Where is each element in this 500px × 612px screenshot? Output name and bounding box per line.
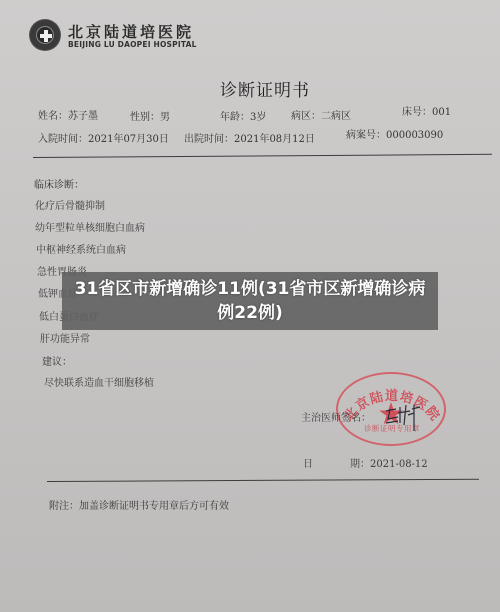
date-label-left: 日 xyxy=(303,455,313,470)
patient-age-field: 年龄：3岁 xyxy=(220,108,266,123)
gender-label: 性别： xyxy=(130,112,160,123)
hospital-name-en: BEIJING LU DAOPEI HOSPITAL xyxy=(68,40,197,49)
record-number-field: 病案号：000003090 xyxy=(346,126,443,141)
diagnosis-item: 肝功能异常 xyxy=(40,330,90,345)
bed-label: 床号： xyxy=(402,107,432,118)
record-value: 000003090 xyxy=(386,130,443,141)
admission-value: 2021年07月30日 xyxy=(88,134,169,145)
caption-overlay: 31省区市新增确诊11例(31省市区新增确诊病例22例) xyxy=(62,272,438,330)
caption-text: 31省区市新增确诊11例(31省市区新增确诊病例22例) xyxy=(62,277,438,325)
ward-value: 二病区 xyxy=(321,111,351,122)
divider-top xyxy=(33,154,492,158)
patient-gender-field: 性别：男 xyxy=(130,108,170,123)
advice-text: 尽快联系造血干细胞移植 xyxy=(44,374,154,389)
patient-name-field: 姓名：苏子墨 xyxy=(38,107,98,122)
record-label: 病案号： xyxy=(346,130,386,141)
doctor-signature xyxy=(384,401,424,437)
discharge-label: 出院时间： xyxy=(184,134,234,145)
date-label: 期： xyxy=(350,459,370,470)
ward-label: 病区： xyxy=(291,111,321,122)
diagnosis-item: 化疗后骨髓抑制 xyxy=(35,197,105,212)
doctor-sign-label: 主治医师签名： xyxy=(301,409,371,424)
name-label: 姓名： xyxy=(38,111,68,122)
admission-label: 入院时间： xyxy=(38,134,88,145)
discharge-value: 2021年08月12日 xyxy=(234,134,315,145)
diagnosis-item: 中枢神经系统白血病 xyxy=(36,241,126,256)
age-label: 年龄： xyxy=(220,112,250,123)
diagnosis-label: 临床诊断： xyxy=(34,176,84,191)
advice-label: 建议： xyxy=(42,353,72,368)
date-value: 2021-08-12 xyxy=(370,459,428,470)
patient-ward-field: 病区：二病区 xyxy=(291,107,351,122)
hospital-name-cn: 北京陆道培医院 xyxy=(68,21,194,42)
date-field: 期：2021-08-12 xyxy=(350,455,428,470)
gender-value: 男 xyxy=(160,112,170,123)
admission-date-field: 入院时间：2021年07月30日 xyxy=(38,130,169,145)
footnote: 附注：加盖诊断证明书专用章后方可有效 xyxy=(49,497,229,512)
document-title: 诊断证明书 xyxy=(0,76,500,101)
bed-value: 001 xyxy=(432,107,451,118)
divider-bottom xyxy=(47,479,479,482)
discharge-date-field: 出院时间：2021年08月12日 xyxy=(184,130,315,145)
hospital-logo-icon xyxy=(30,20,60,50)
diagnosis-item: 幼年型粒单核细胞白血病 xyxy=(35,219,145,234)
patient-bed-field: 床号：001 xyxy=(402,103,451,118)
age-value: 3岁 xyxy=(250,112,266,123)
name-value: 苏子墨 xyxy=(68,111,98,122)
